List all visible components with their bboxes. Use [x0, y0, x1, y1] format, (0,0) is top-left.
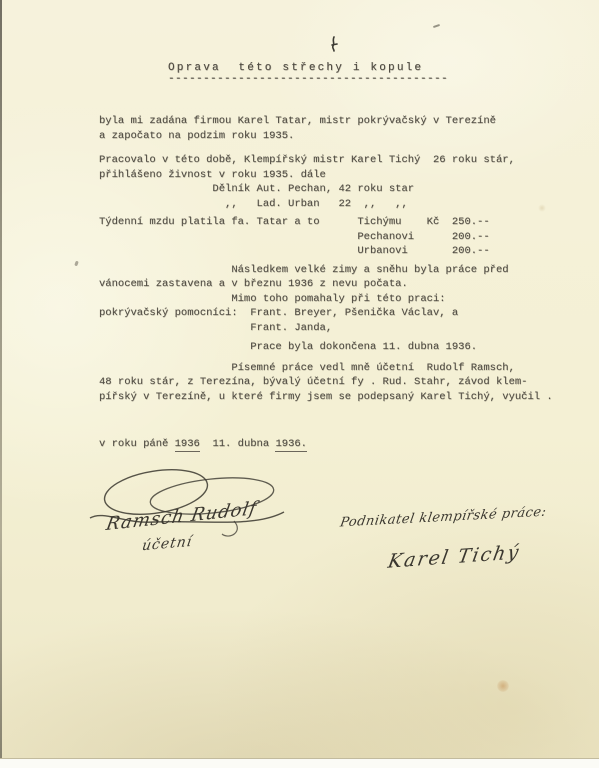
- date-year: 1936: [175, 438, 200, 452]
- scan-edge-left: [0, 0, 2, 758]
- document-body: byla mi zadána firmou Karel Tatar, mistr…: [99, 114, 579, 404]
- right-signature-caption: Podnikatel klempířské práce:: [339, 505, 548, 531]
- scan-edge-bottom: [0, 758, 599, 768]
- left-signature-role: účetní: [141, 534, 194, 555]
- text-line: ,, Lad. Urban 22 ,, ,,: [99, 197, 579, 212]
- wage-line: Pechanovi 200.--: [99, 230, 579, 245]
- scanned-document-page: Oprava této střechy i kopule -----------…: [0, 0, 599, 768]
- date-text: v roku páně: [99, 438, 175, 450]
- scan-speck: [74, 261, 79, 267]
- paper-stain: [538, 204, 546, 212]
- paragraph-wages: Týdenní mzdu platila fa. Tatar a to Tich…: [99, 215, 579, 259]
- paragraph: Pracovalo v této době, Klempířský mistr …: [99, 153, 579, 211]
- text-line: Písemné práce vedl mně účetní Rudolf Ram…: [99, 361, 579, 376]
- text-line: přihlášeno živnost v roku 1935. dále: [99, 168, 579, 183]
- right-signature-block: Podnikatel klempířské práce: Karel Tichý: [340, 502, 580, 597]
- paragraph: pokrývačský pomocníci: Frant. Breyer, Pš…: [99, 306, 579, 335]
- date-year: 1936.: [275, 438, 307, 452]
- text-line: Dělník Aut. Pechan, 42 roku star: [99, 182, 579, 197]
- text-line: a započato na podzim roku 1935.: [99, 129, 579, 144]
- date-text: 11. dubna: [200, 438, 276, 450]
- paragraph: Písemné práce vedl mně účetní Rudolf Ram…: [99, 361, 579, 405]
- text-line: Mimo toho pomahaly při této praci:: [99, 292, 579, 307]
- paper-stain: [497, 680, 509, 692]
- wage-line: Týdenní mzdu platila fa. Tatar a to Tich…: [99, 215, 579, 230]
- paragraph: Následkem velké zimy a sněhu byla práce …: [99, 263, 579, 307]
- text-line: 48 roku stár, z Terezína, bývalý účetní …: [99, 375, 579, 390]
- title-underline: ----------------------------------------: [168, 74, 448, 84]
- text-line: Frant. Janda,: [99, 321, 579, 336]
- text-line: Následkem velké zimy a sněhu byla práce …: [99, 263, 579, 278]
- left-signature-block: Ramsch Rudolf účetní: [84, 466, 294, 581]
- right-signature-name: Karel Tichý: [386, 541, 522, 573]
- text-line: pířský v Terezíně, u které firmy jsem se…: [99, 390, 579, 405]
- scan-speck: [433, 24, 440, 28]
- ink-blot-icon: [329, 36, 339, 57]
- text-line: vánocemi zastavena a v březnu 1936 z nev…: [99, 277, 579, 292]
- paragraph: byla mi zadána firmou Karel Tatar, mistr…: [99, 114, 579, 143]
- wage-line: Urbanovi 200.--: [99, 244, 579, 259]
- text-line: Pracovalo v této době, Klempířský mistr …: [99, 153, 579, 168]
- text-line: pokrývačský pomocníci: Frant. Breyer, Pš…: [99, 306, 579, 321]
- text-line: Prace byla dokončena 11. dubna 1936.: [99, 340, 579, 355]
- text-line: byla mi zadána firmou Karel Tatar, mistr…: [99, 114, 579, 129]
- title-block: Oprava této střechy i kopule -----------…: [168, 62, 448, 84]
- paragraph: Prace byla dokončena 11. dubna 1936.: [99, 340, 579, 355]
- date-line: v roku páně 1936 11. dubna 1936.: [99, 438, 307, 450]
